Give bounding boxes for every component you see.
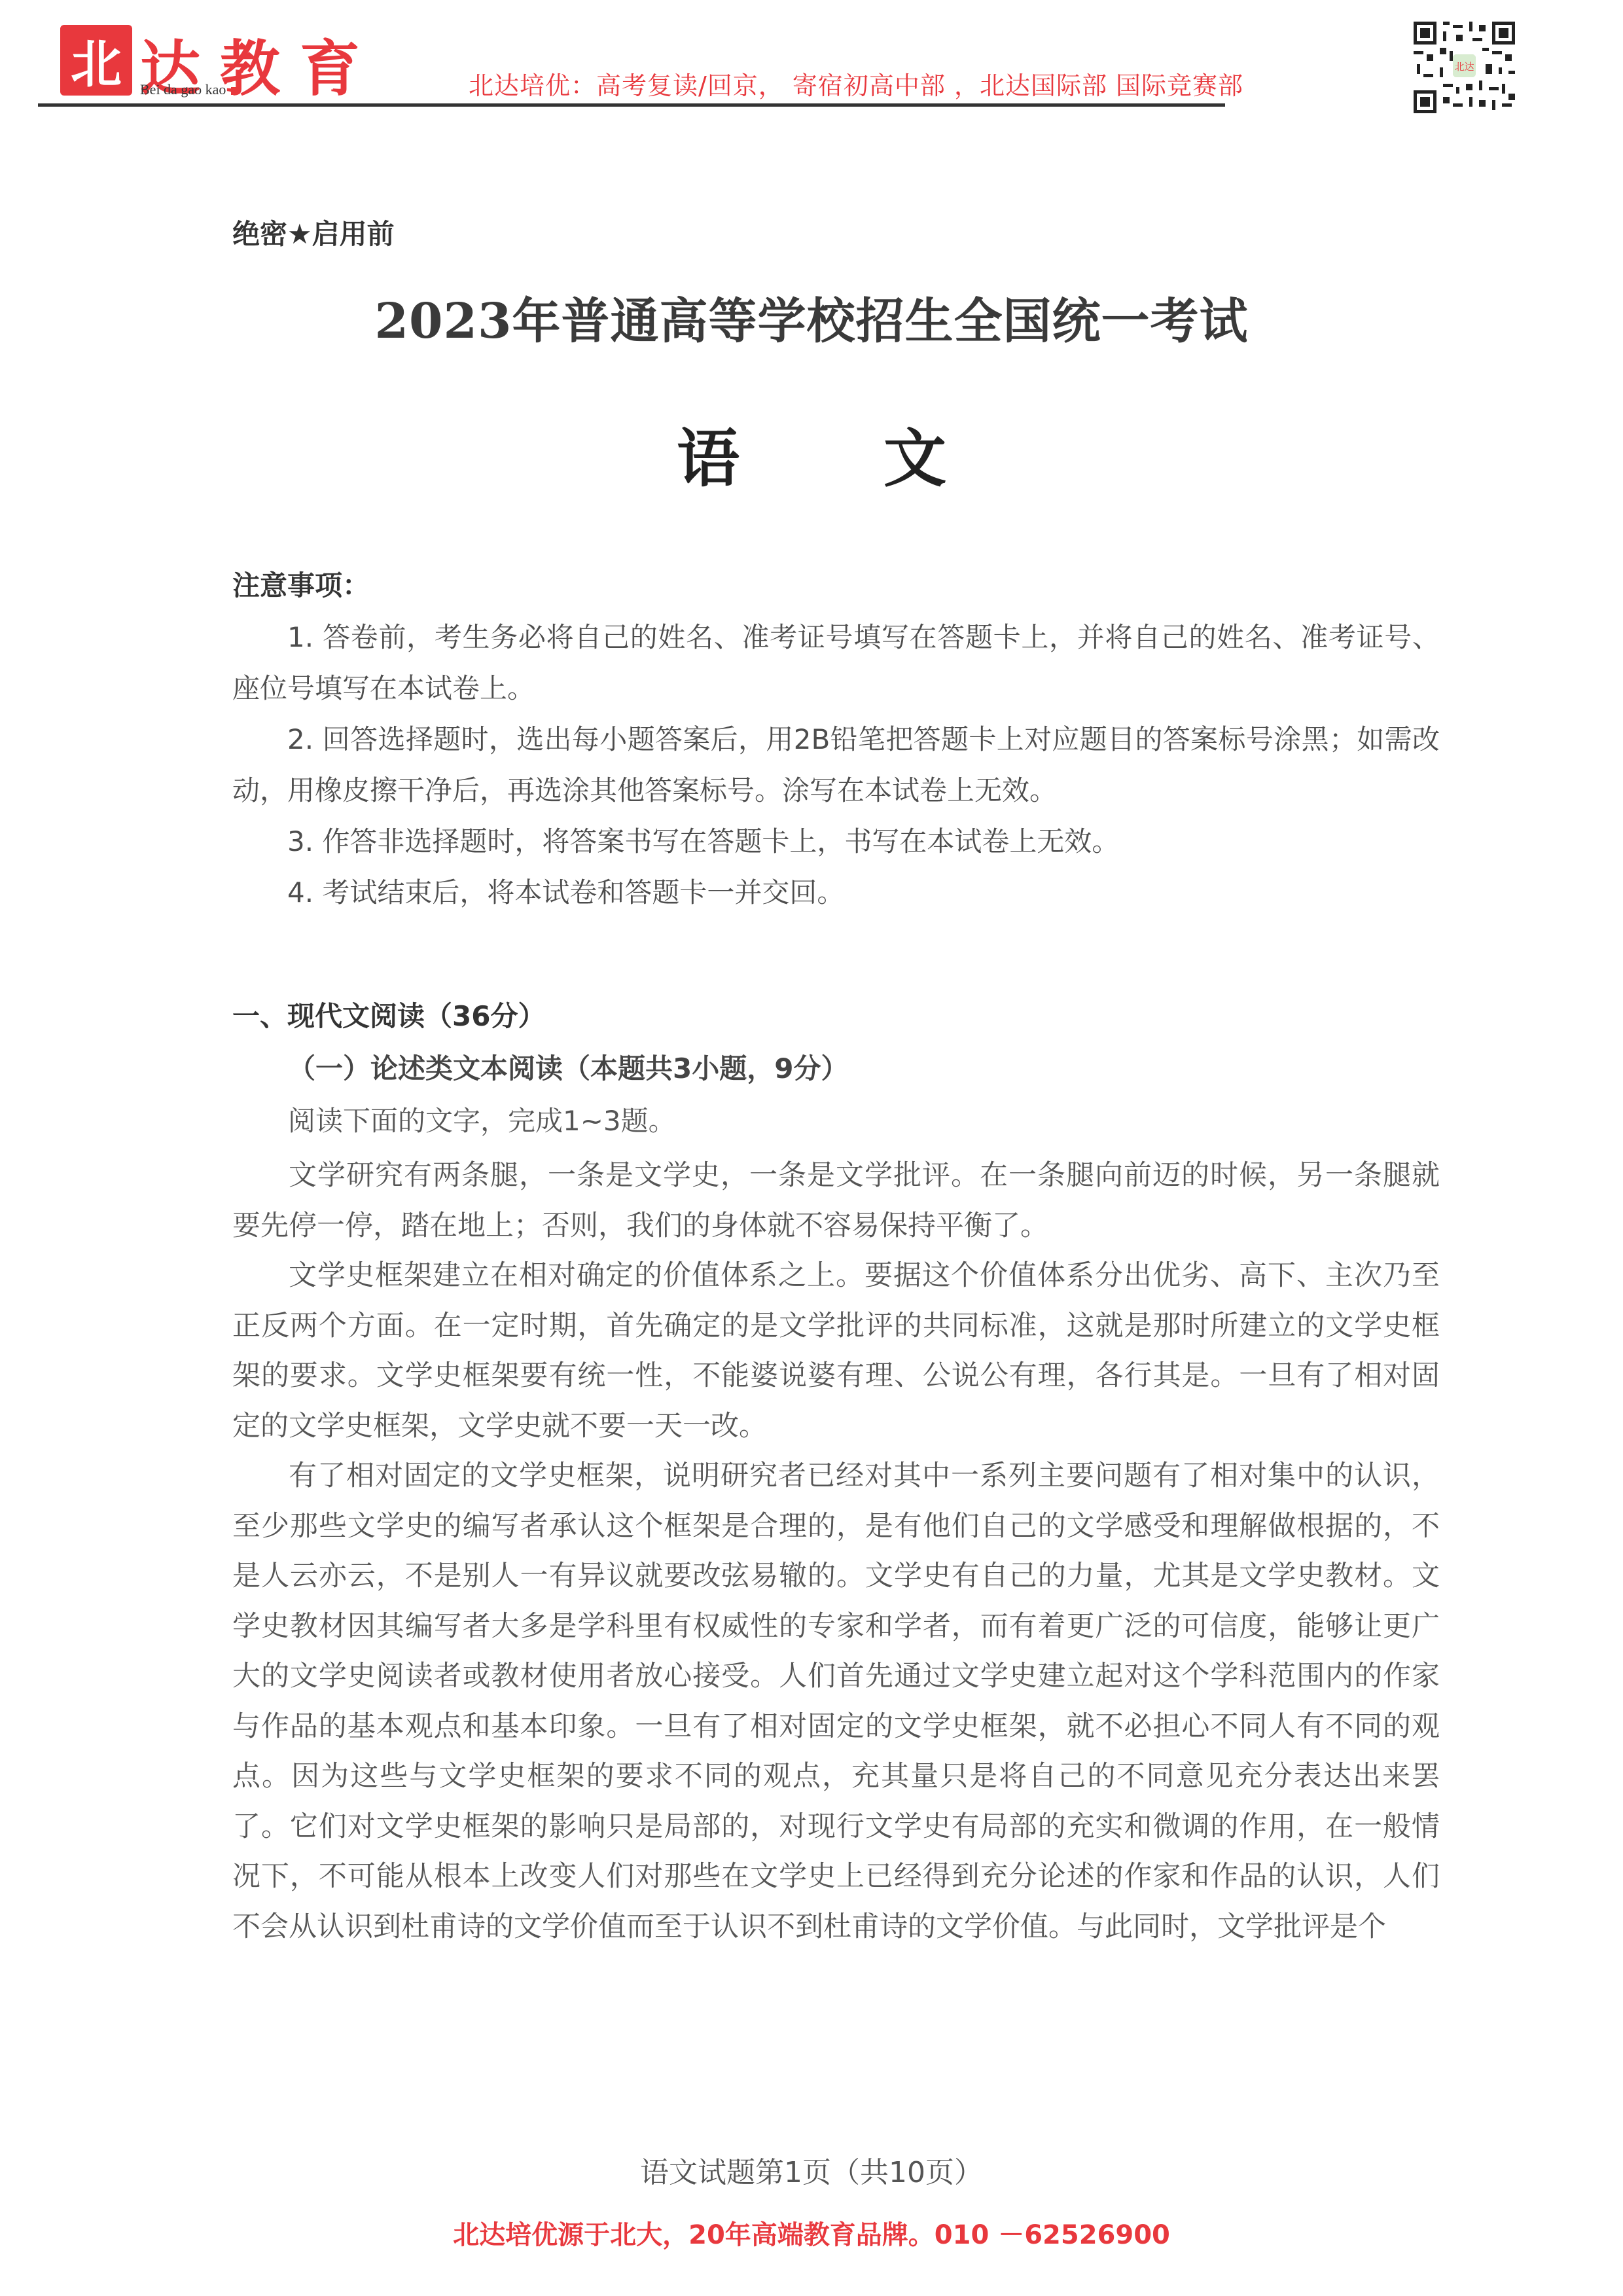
svg-text:北达: 北达 (1454, 61, 1474, 73)
passage-paragraph: 文学研究有两条腿，一条是文学史，一条是文学批评。在一条腿向前迈的时候，另一条腿就… (232, 1151, 1440, 1251)
confidential-mark: 绝密★启用前 (232, 213, 395, 252)
page-number: 语文试题第1页（共10页） (0, 2149, 1623, 2191)
notes-heading: 注意事项： (232, 564, 370, 603)
note-item: 1. 答卷前，考生务必将自己的姓名、准考证号填写在答题卡上，并将自己的姓名、准考… (232, 612, 1440, 714)
note-item: 4. 考试结束后，将本试卷和答题卡一并交回。 (232, 867, 1440, 918)
beida-logo: 北 达教育 Bei da gao kao (60, 25, 401, 97)
note-item: 3. 作答非选择题时，将答案书写在答题卡上，书写在本试卷上无效。 (232, 816, 1440, 867)
logo-subtitle: Bei da gao kao (140, 81, 238, 98)
logo-subtitle-text: Bei da gao kao (140, 81, 226, 98)
notes-list: 1. 答卷前，考生务必将自己的姓名、准考证号填写在答题卡上，并将自己的姓名、准考… (232, 612, 1440, 918)
reading-passage: 文学研究有两条腿，一条是文学史，一条是文学批评。在一条腿向前迈的时候，另一条腿就… (232, 1151, 1440, 1952)
header-slogan: 北达培优：高考复读/回京， 寄宿初高中部 ，北达国际部 国际竞赛部 (469, 65, 1243, 101)
note-item: 2. 回答选择题时，选出每小题答案后，用2B铅笔把答题卡上对应题目的答案标号涂黑… (232, 714, 1440, 816)
logo-seal: 北 (60, 25, 132, 96)
qr-code-icon: 北达 (1410, 18, 1518, 117)
header-divider (38, 103, 1225, 107)
passage-paragraph: 有了相对固定的文学史框架，说明研究者已经对其中一系列主要问题有了相对集中的认识，… (232, 1451, 1440, 1952)
page-header: 北 达教育 Bei da gao kao 北达培优：高考复读/回京， 寄宿初高中… (0, 0, 1623, 131)
subsection-heading: （一）论述类文本阅读（本题共3小题，9分） (288, 1047, 848, 1086)
logo-dot-icon (231, 87, 238, 95)
section-heading: 一、现代文阅读（36分） (232, 995, 545, 1034)
passage-paragraph: 文学史框架建立在相对确定的价值体系之上。要据这个价值体系分出优劣、高下、主次乃至… (232, 1251, 1440, 1451)
exam-title: 2023年普通高等学校招生全国统一考试 (0, 283, 1623, 352)
subject-title: 语文 (0, 409, 1623, 499)
reading-instruction: 阅读下面的文字，完成1~3题。 (288, 1100, 676, 1139)
brand-footer: 北达培优源于北大，20年高端教育品牌。010 －62526900 (0, 2214, 1623, 2251)
